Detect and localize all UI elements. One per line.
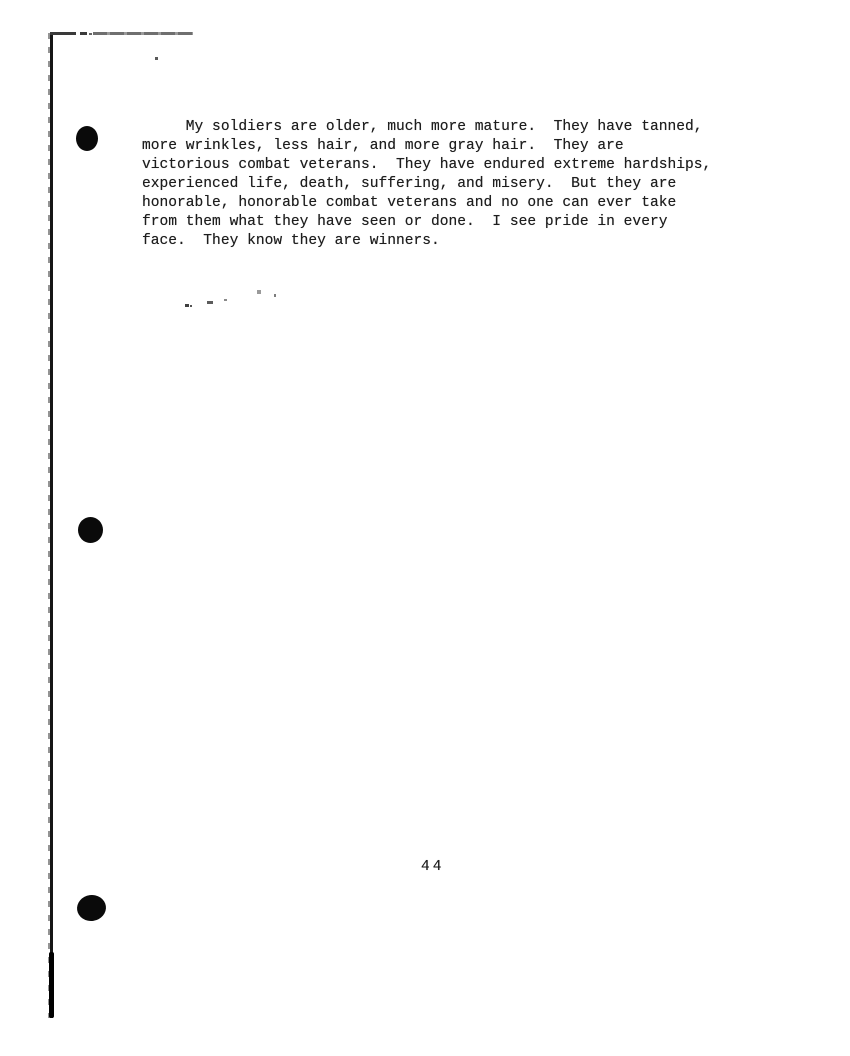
top-scan-line-segment — [80, 32, 87, 35]
scan-speckle — [274, 294, 276, 297]
scanned-document-page: My soldiers are older, much more mature.… — [0, 0, 850, 1056]
binding-edge-line-bottom — [49, 952, 54, 1018]
hole-punch-top — [76, 126, 98, 151]
body-text: My soldiers are older, much more mature.… — [142, 118, 711, 251]
scan-speckle — [155, 57, 158, 60]
top-scan-line-segment — [50, 32, 76, 35]
hole-punch-bottom — [75, 893, 107, 923]
scan-speckle — [190, 305, 192, 307]
scan-speckle — [257, 290, 261, 294]
scan-speckle — [207, 301, 213, 304]
hole-punch-middle — [78, 517, 103, 543]
binding-edge-line — [50, 33, 53, 1018]
top-scan-line-segment — [93, 32, 193, 35]
scan-speckle — [224, 299, 227, 301]
scan-speckle — [185, 304, 189, 307]
top-scan-line-segment — [89, 33, 92, 35]
page-number: 44 — [421, 859, 444, 875]
